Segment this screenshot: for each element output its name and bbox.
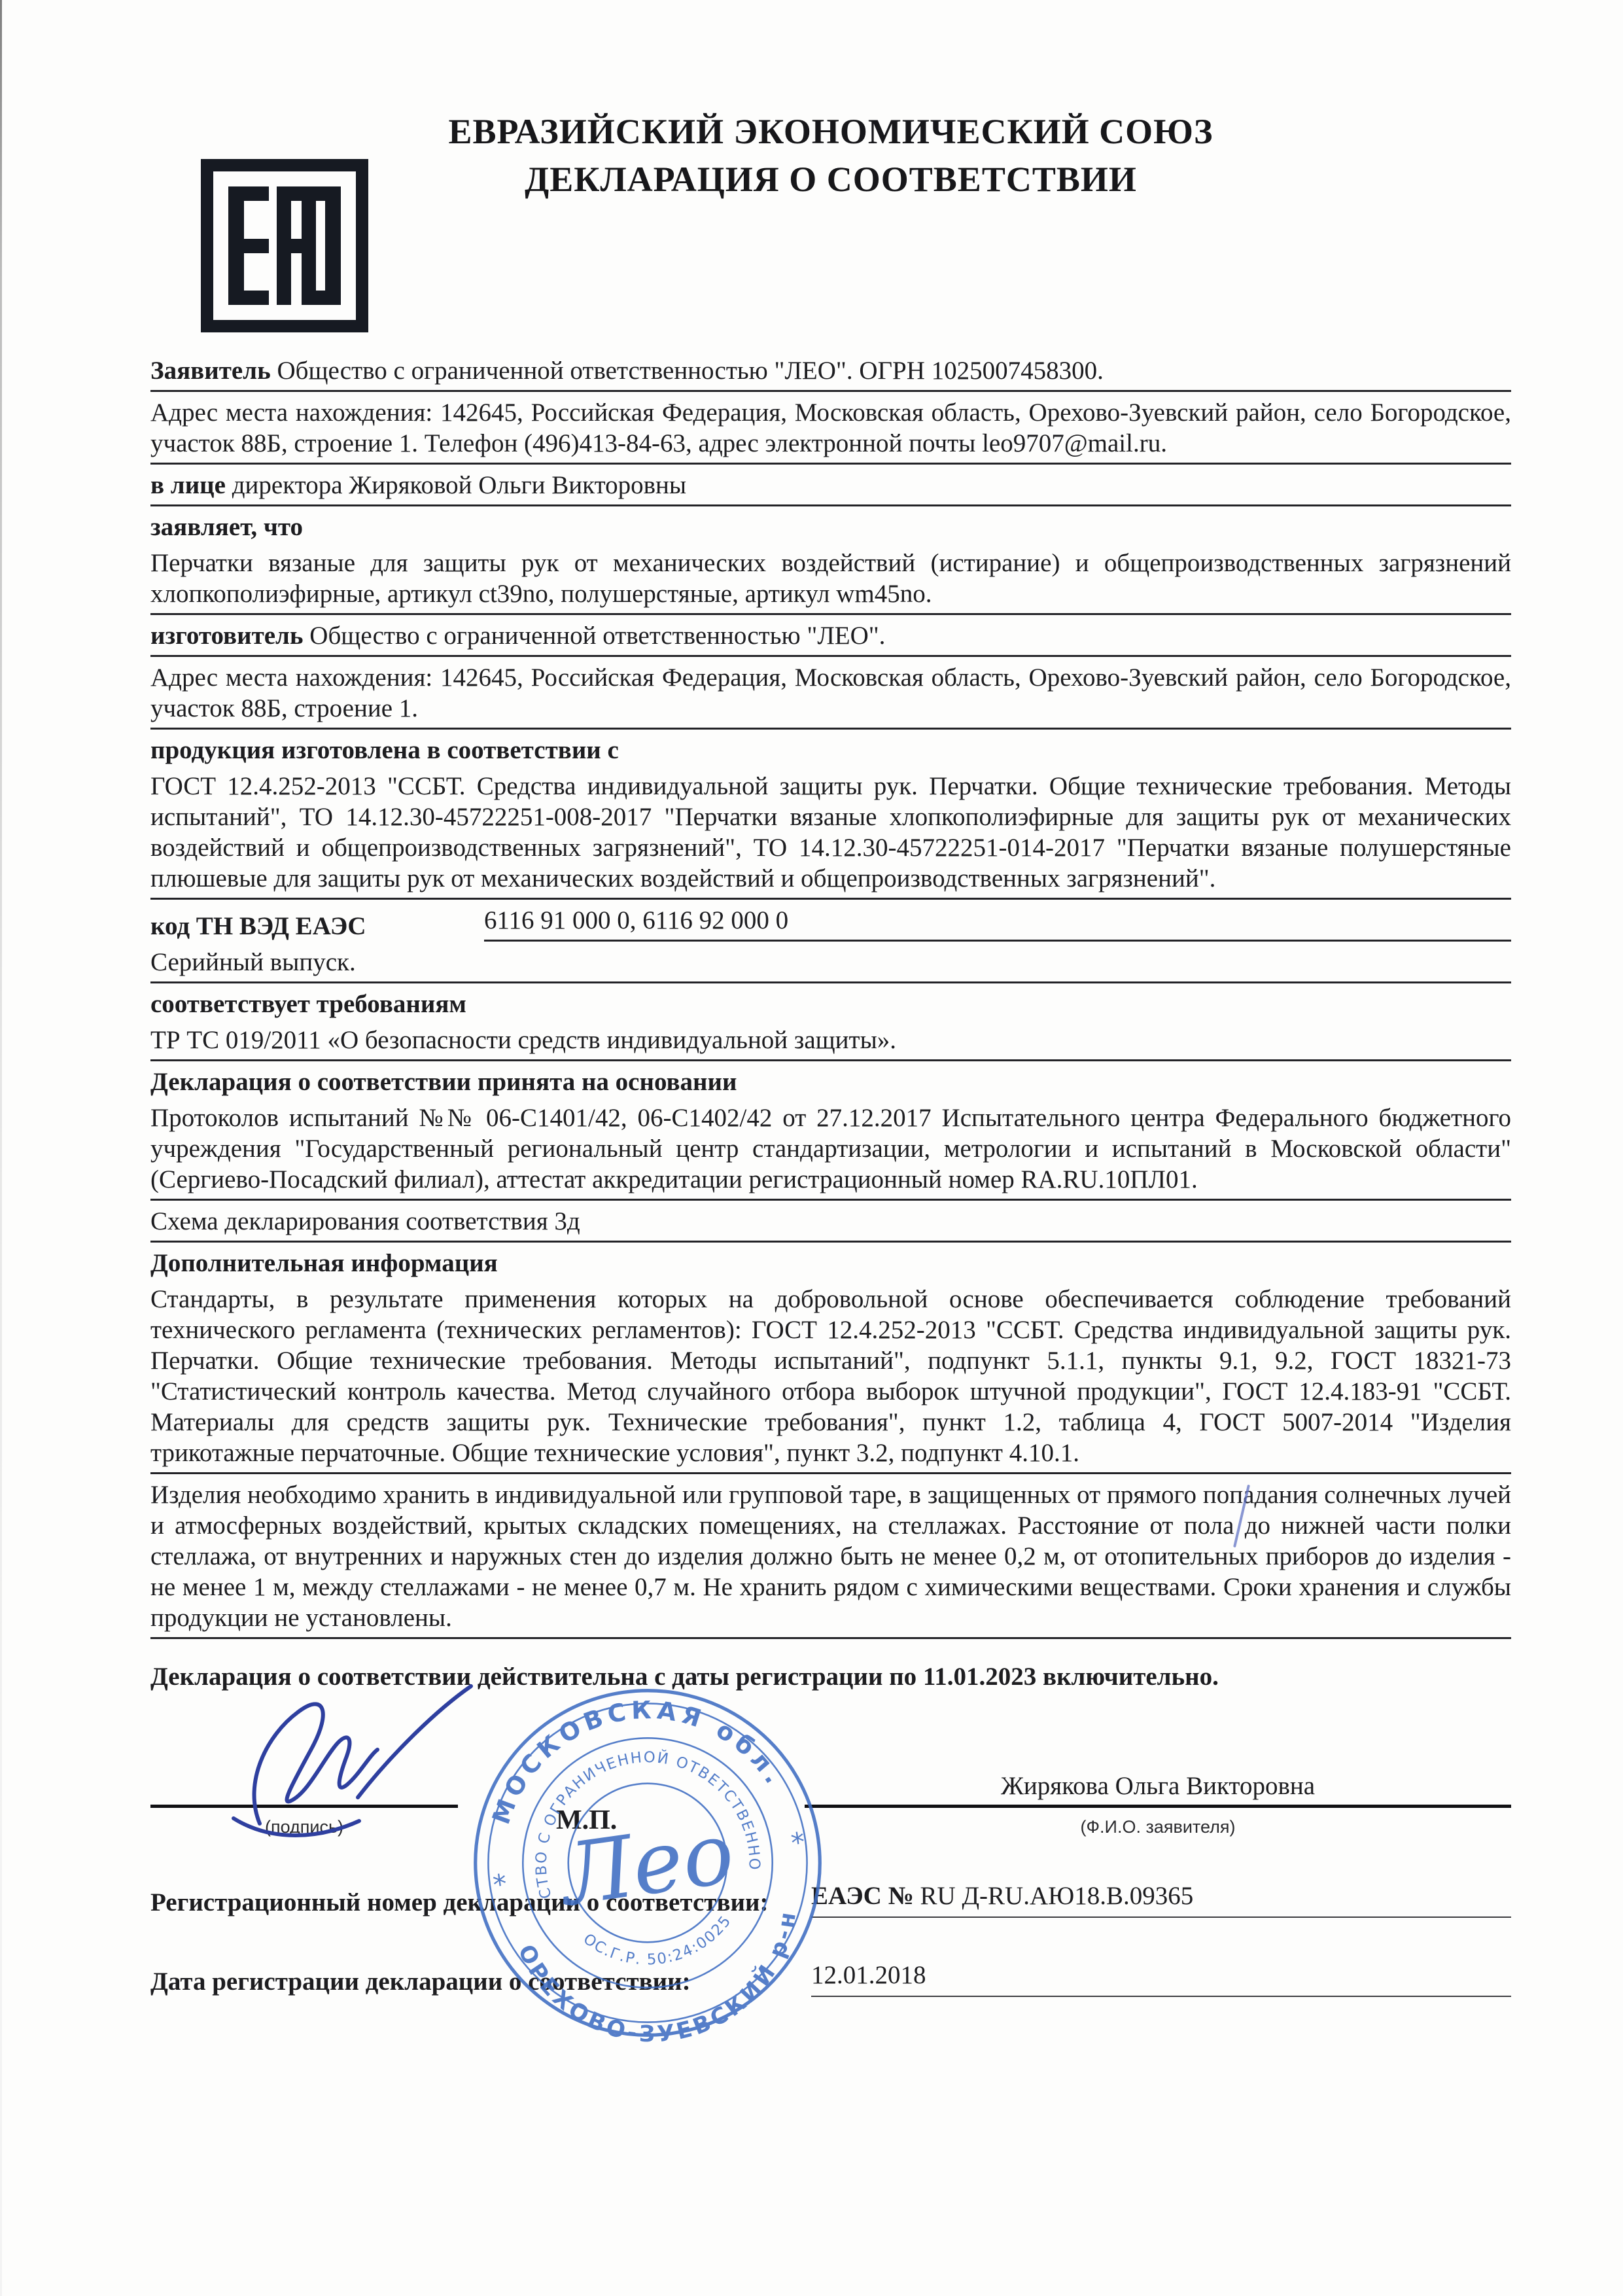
row-serial-release: Серийный выпуск. <box>150 947 1511 983</box>
eac-mark-logo <box>201 159 368 332</box>
applicant-name: Жирякова Ольга Викторовна <box>805 1771 1511 1808</box>
row-declaration-scheme: Схема декларирования соответствия 3д <box>150 1206 1511 1243</box>
union-title: ЕВРАЗИЙСКИЙ ЭКОНОМИЧЕСКИЙ СОЮЗ <box>150 108 1511 156</box>
stamp-district-text: ОРЕХОВО-ЗУЕВСКИЙ р-н <box>512 1903 818 2066</box>
row-manufacturer-label: изготовитель <box>150 622 304 650</box>
row-in-person: в лице директора Жиряковой Ольги Викторо… <box>150 470 1511 506</box>
signature-flourish-stroke <box>358 1686 471 1797</box>
signature-loops-stroke <box>254 1704 377 1824</box>
row-manufacturer: изготовитель Общество с ограниченной отв… <box>150 620 1511 657</box>
row-product: Перчатки вязаные для защиты рук от механ… <box>150 548 1511 615</box>
handwritten-signature <box>219 1672 494 1842</box>
tnved-label: код ТН ВЭД ЕАЭС <box>150 911 484 942</box>
row-declares: заявляет, что <box>150 512 1511 542</box>
registration-number-value: ЕАЭС № RU Д-RU.АЮ18.В.09365 <box>811 1881 1511 1918</box>
scan-edge-artifact <box>0 0 2 2296</box>
row-meets-requirements: соответствует требованиям <box>150 989 1511 1019</box>
row-test-protocols: Протоколов испытаний №№ 06-С1401/42, 06-… <box>150 1103 1511 1201</box>
eac-letter-e <box>228 186 269 305</box>
row-applicant: Заявитель Общество с ограниченной ответс… <box>150 355 1511 392</box>
eac-letter-a <box>277 186 316 305</box>
row-applicant-address: Адрес места нахождения: 142645, Российск… <box>150 397 1511 465</box>
row-tr-ts: ТР ТС 019/2011 «О безопасности средств и… <box>150 1025 1511 1061</box>
row-manufacturer-address: Адрес места нахождения: 142645, Российск… <box>150 662 1511 730</box>
row-additional-info: Дополнительная информация <box>150 1248 1511 1279</box>
row-declaration-basis: Декларация о соответствии принята на осн… <box>150 1067 1511 1097</box>
row-produced-according: продукция изготовлена в соответствии с <box>150 735 1511 766</box>
registration-date-value: 12.01.2018 <box>811 1960 1511 1997</box>
row-voluntary-standards: Стандарты, в результате применения котор… <box>150 1284 1511 1474</box>
row-applicant-label: Заявитель <box>150 357 271 385</box>
row-in-person-label: в лице <box>150 471 226 499</box>
tnved-value: 6116 91 000 0, 6116 92 000 0 <box>484 905 1511 942</box>
applicant-name-caption: (Ф.И.О. заявителя) <box>805 1808 1511 1843</box>
row-standards-gost: ГОСТ 12.4.252-2013 "ССБТ. Средства индив… <box>150 771 1511 900</box>
stamp-star-left: * <box>491 1868 509 1901</box>
signature-tail-stroke <box>234 1818 359 1835</box>
row-tnved-code: код ТН ВЭД ЕАЭС6116 91 000 0, 6116 92 00… <box>150 905 1511 942</box>
row-storage-conditions: Изделия необходимо хранить в индивидуаль… <box>150 1479 1511 1639</box>
scanned-declaration-page: { "header": { "title_line1": "ЕВРАЗИЙСКИ… <box>0 0 1623 2296</box>
applicant-name-cell: Жирякова Ольга Викторовна (Ф.И.О. заявит… <box>805 1771 1511 1843</box>
